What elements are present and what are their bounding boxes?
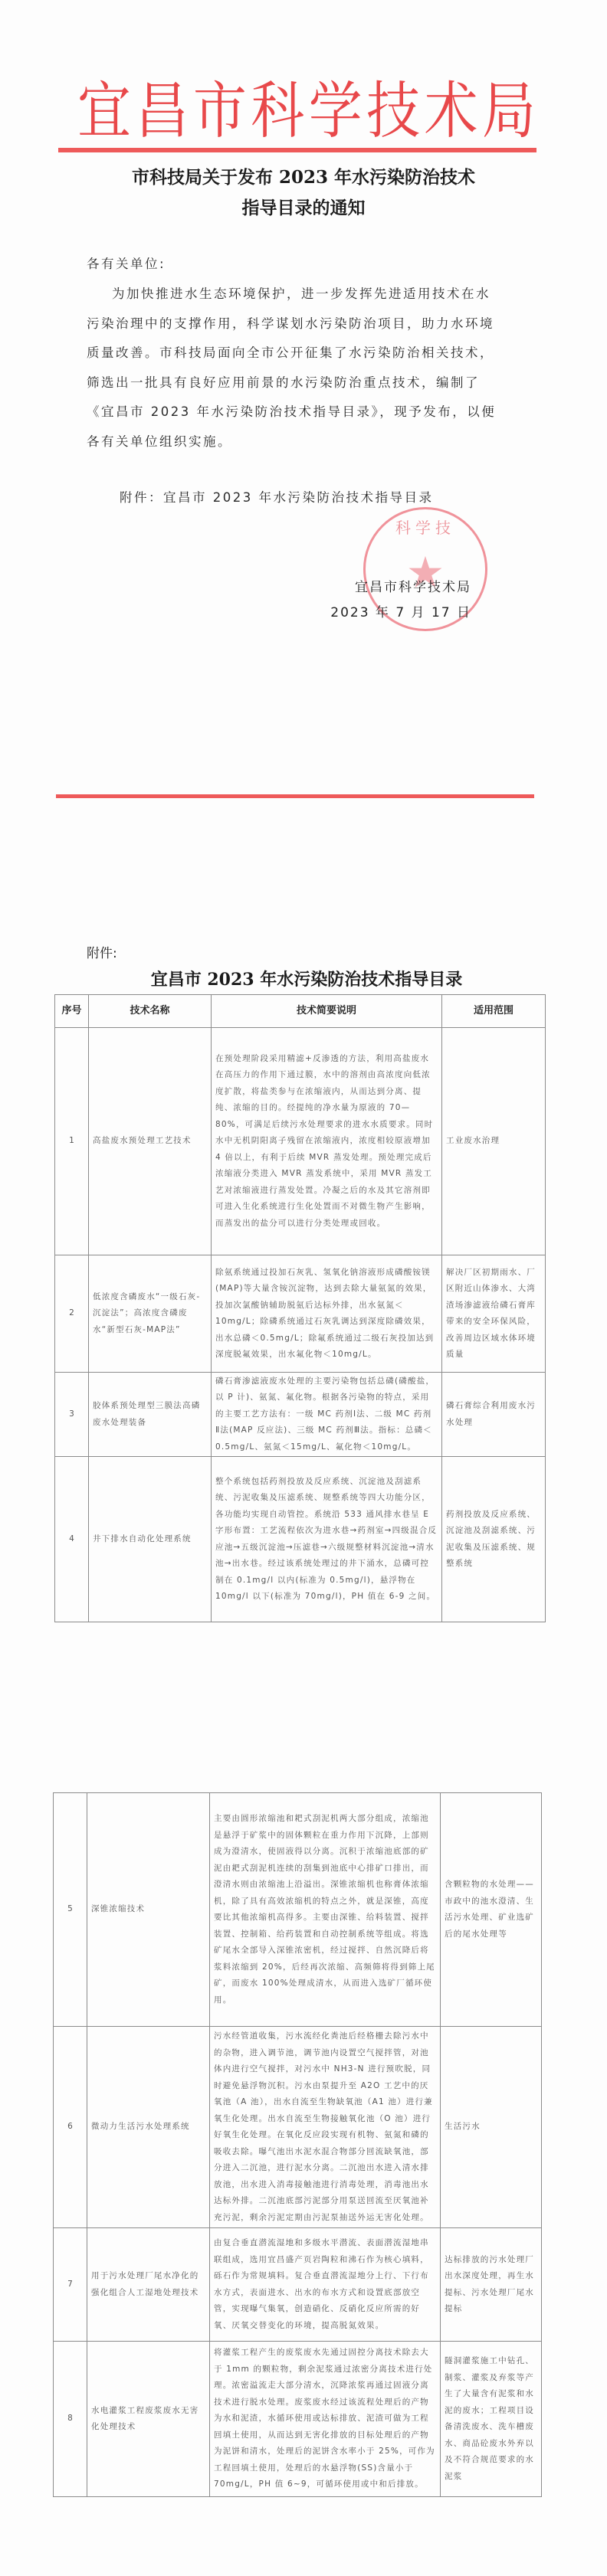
letterhead-char: 术	[424, 71, 479, 151]
letterhead-char: 科	[250, 71, 305, 151]
row-no: 7	[54, 2228, 87, 2342]
col-header-no: 序号	[55, 995, 89, 1028]
table-row: 7 用于污水处理厂尾水净化的强化组合人工湿地处理技术 由复合垂直潜流湿地和多级水…	[54, 2228, 542, 2342]
letterhead-char: 学	[308, 71, 363, 151]
letterhead-divider	[58, 148, 536, 152]
letterhead-org-name: 宜 昌 市 科 学 技 术 局	[77, 77, 536, 146]
row-no: 3	[55, 1373, 89, 1457]
row-description: 污水经管道收集，污水流经化粪池后经格栅去除污水中的杂物，进入调节池，调节池内设置…	[210, 2027, 441, 2228]
table-row: 4 井下排水自动化处理系统 整个系统包括药剂投放及反应系统、沉淀池及刮滤系统、污…	[55, 1457, 546, 1622]
table-row: 5 深锥浓缩技术 主要由圆形浓缩池和耙式刮泥机两大部分组成，浓缩池是悬浮于矿浆中…	[54, 1793, 542, 2027]
salutation: 各有关单位:	[87, 250, 504, 280]
notice-title-line2: 指导目录的通知	[77, 193, 530, 224]
row-scope: 解决厂区初期雨水、厂区附近山体渗水、大湾渣场渗滤液给磷石膏库带来的安全环保风险，…	[442, 1255, 546, 1373]
annex-label: 附件:	[87, 942, 117, 961]
row-description: 主要由圆形浓缩池和耙式刮泥机两大部分组成，浓缩池是悬浮于矿浆中的固体颗粒在重力作…	[210, 1793, 441, 2027]
footer-divider	[56, 794, 534, 798]
notice-title-line1: 市科技局关于发布 2023 年水污染防治技术	[77, 162, 530, 193]
row-scope: 达标排放的污水处理厂出水深度处理，再生水提标、污水处理厂尾水提标	[441, 2228, 542, 2342]
letterhead-char: 昌	[134, 71, 189, 151]
row-name: 高盐废水预处理工艺技术	[89, 1028, 212, 1255]
row-description: 在预处理阶段采用精滤+反渗透的方法，利用高盐废水在高压力的作用下通过膜，水中的溶…	[212, 1028, 442, 1255]
row-no: 6	[54, 2027, 87, 2228]
row-scope: 磷石膏综合利用废水污水处理	[442, 1373, 546, 1457]
row-no: 5	[54, 1793, 87, 2027]
letterhead-char: 宜	[77, 71, 132, 151]
table-header-row: 序号 技术名称 技术简要说明 适用范围	[55, 995, 546, 1028]
row-description: 将灌浆工程产生的废浆废水先通过固控分离技术除去大于 1mm 的颗粒物，剩余泥浆通…	[210, 2342, 441, 2497]
col-header-scope: 适用范围	[442, 995, 546, 1028]
table-row: 6 微动力生活污水处理系统 污水经管道收集，污水流经化粪池后经格栅去除污水中的杂…	[54, 2027, 542, 2228]
annex-title: 宜昌市 2023 年水污染防治技术指导目录	[46, 967, 567, 993]
table-row: 1 高盐废水预处理工艺技术 在预处理阶段采用精滤+反渗透的方法，利用高盐废水在高…	[55, 1028, 546, 1255]
seal-text: 科学技	[366, 516, 485, 538]
row-description: 磷石膏渗滤液废水处理的主要污染物包括总磷(磷酸盐，以 P 计)、氨氮、氟化物。根…	[212, 1373, 442, 1457]
row-name: 用于污水处理厂尾水净化的强化组合人工湿地处理技术	[87, 2228, 210, 2342]
row-description: 由复合垂直潜流湿地和多级水平潜流、表面潜流湿地串联组成，选用宜昌盛产页岩陶粒和沸…	[210, 2228, 441, 2342]
row-name: 胶体系预处理型三膜法高磷废水处理装备	[89, 1373, 212, 1457]
letterhead-char: 市	[192, 71, 248, 151]
row-scope: 药剂投放及反应系统、沉淀池及刮滤系统、污泥收集及压滤系统、规整系统	[442, 1457, 546, 1622]
row-no: 8	[54, 2342, 87, 2497]
row-scope: 工业废水治理	[442, 1028, 546, 1255]
row-name: 水电灌浆工程废浆废水无害化处理技术	[87, 2342, 210, 2497]
row-no: 4	[55, 1457, 89, 1622]
row-name: 井下排水自动化处理系统	[89, 1457, 212, 1622]
row-no: 2	[55, 1255, 89, 1373]
letterhead-char: 局	[481, 71, 536, 151]
row-scope: 含颗粒物的水处理——市政中的池水澄清、生活污水处理、矿业选矿后的尾水处理等	[441, 1793, 542, 2027]
notice-paragraph: 为加快推进水生态环境保护，进一步发挥先进适用技术在水污染治理中的支撑作用，科学谋…	[87, 280, 504, 457]
tech-catalog-table-part1: 序号 技术名称 技术简要说明 适用范围 1 高盐废水预处理工艺技术 在预处理阶段…	[54, 994, 546, 1622]
row-no: 1	[55, 1028, 89, 1255]
letterhead-char: 技	[366, 71, 421, 151]
row-description: 除氨系统通过投加石灰乳、氢氧化钠溶液形成磷酸铵镁(MAP)等大量含铵沉淀物，达到…	[212, 1255, 442, 1373]
row-scope: 隧洞灌浆施工中钻孔、制浆、灌浆及弃浆等产生了大量含有泥浆和水泥的废水；工程项目设…	[441, 2342, 542, 2497]
signature-org: 宜昌市科学技术局	[307, 576, 471, 595]
tech-catalog-table-part2: 5 深锥浓缩技术 主要由圆形浓缩池和耙式刮泥机两大部分组成，浓缩池是悬浮于矿浆中…	[53, 1792, 542, 2497]
row-name: 微动力生活污水处理系统	[87, 2027, 210, 2228]
row-description: 整个系统包括药剂投放及反应系统、沉淀池及刮滤系统、污泥收集及压滤系统、规整系统等…	[212, 1457, 442, 1622]
table-row: 3 胶体系预处理型三膜法高磷废水处理装备 磷石膏渗滤液废水处理的主要污染物包括总…	[55, 1373, 546, 1457]
table-row: 8 水电灌浆工程废浆废水无害化处理技术 将灌浆工程产生的废浆废水先通过固控分离技…	[54, 2342, 542, 2497]
row-name: 深锥浓缩技术	[87, 1793, 210, 2027]
row-name: 低浓度含磷废水“一级石灰-沉淀法”；高浓度含磷废水“新型石灰-MAP法”	[89, 1255, 212, 1373]
table-row: 2 低浓度含磷废水“一级石灰-沉淀法”；高浓度含磷废水“新型石灰-MAP法” 除…	[55, 1255, 546, 1373]
signature-date: 2023 年 7 月 17 日	[307, 601, 471, 620]
col-header-description: 技术简要说明	[212, 995, 442, 1028]
row-scope: 生活污水	[441, 2027, 542, 2228]
col-header-name: 技术名称	[89, 995, 212, 1028]
